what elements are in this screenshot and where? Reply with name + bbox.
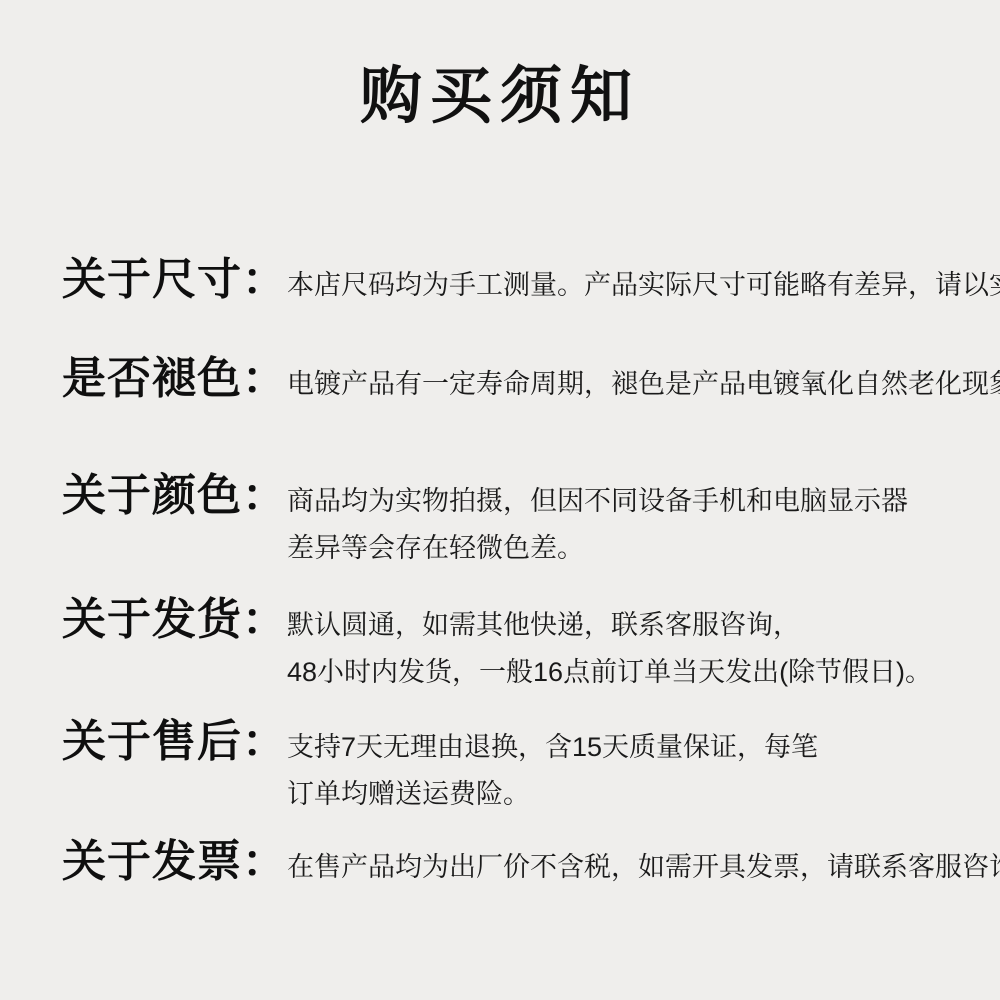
section-size-body: 本店尺码均为手工测量。产品实际尺寸可能略有差异，请以实物为准。 bbox=[287, 262, 1000, 309]
page-title: 购买须知 bbox=[62, 60, 938, 134]
section-aftersale-label: 关于售后： bbox=[62, 714, 287, 769]
section-size: 关于尺寸： 本店尺码均为手工测量。产品实际尺寸可能略有差异，请以实物为准。 bbox=[62, 252, 990, 309]
section-text-line: 电镀产品有一定寿命周期，褪色是产品电镀氧化自然老化现象。 bbox=[287, 361, 1000, 408]
section-text-line: 商品均为实物拍摄，但因不同设备手机和电脑显示器 bbox=[287, 478, 908, 525]
section-size-label: 关于尺寸： bbox=[62, 252, 287, 307]
section-text-line: 支持7天无理由退换，含15天质量保证，每笔 bbox=[287, 724, 818, 771]
section-aftersale: 关于售后： 支持7天无理由退换，含15天质量保证，每笔 订单均赠送运费险。 bbox=[62, 714, 990, 818]
section-text-line: 订单均赠送运费险。 bbox=[287, 771, 818, 818]
section-shipping-body: 默认圆通，如需其他快递，联系客服咨询， 48小时内发货，一般16点前订单当天发出… bbox=[287, 602, 932, 696]
section-text-line: 差异等会存在轻微色差。 bbox=[287, 525, 908, 572]
section-text-line: 本店尺码均为手工测量。产品实际尺寸可能略有差异，请以实物为准。 bbox=[287, 262, 1000, 309]
section-fading-body: 电镀产品有一定寿命周期，褪色是产品电镀氧化自然老化现象。 bbox=[287, 361, 1000, 408]
section-color-label: 关于颜色： bbox=[62, 468, 287, 523]
section-text-line: 在售产品均为出厂价不含税，如需开具发票，请联系客服咨询。 bbox=[287, 844, 1000, 891]
section-text-line: 默认圆通，如需其他快递，联系客服咨询， bbox=[287, 602, 932, 649]
section-invoice-body: 在售产品均为出厂价不含税，如需开具发票，请联系客服咨询。 bbox=[287, 844, 1000, 891]
section-text-line: 48小时内发货，一般16点前订单当天发出(除节假日)。 bbox=[287, 649, 932, 696]
section-shipping-label: 关于发货： bbox=[62, 592, 287, 647]
section-color-body: 商品均为实物拍摄，但因不同设备手机和电脑显示器 差异等会存在轻微色差。 bbox=[287, 478, 908, 572]
section-fading: 是否褪色： 电镀产品有一定寿命周期，褪色是产品电镀氧化自然老化现象。 bbox=[62, 351, 990, 408]
section-invoice: 关于发票： 在售产品均为出厂价不含税，如需开具发票，请联系客服咨询。 bbox=[62, 834, 990, 891]
section-invoice-label: 关于发票： bbox=[62, 834, 287, 889]
section-fading-label: 是否褪色： bbox=[62, 351, 287, 406]
purchase-notice-page: 购买须知 关于尺寸： 本店尺码均为手工测量。产品实际尺寸可能略有差异，请以实物为… bbox=[0, 0, 1000, 1000]
section-shipping: 关于发货： 默认圆通，如需其他快递，联系客服咨询， 48小时内发货，一般16点前… bbox=[62, 592, 990, 696]
section-aftersale-body: 支持7天无理由退换，含15天质量保证，每笔 订单均赠送运费险。 bbox=[287, 724, 818, 818]
section-color: 关于颜色： 商品均为实物拍摄，但因不同设备手机和电脑显示器 差异等会存在轻微色差… bbox=[62, 468, 990, 572]
